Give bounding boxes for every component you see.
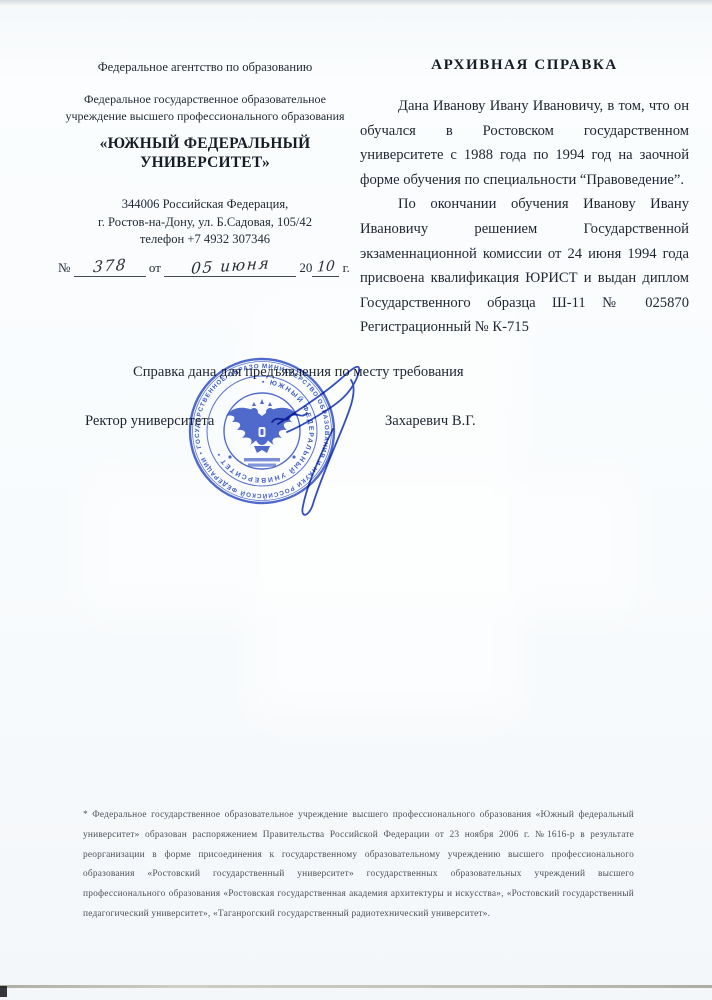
- date-handwritten-value: 05 июня: [190, 254, 270, 278]
- year-prefix: 20: [299, 260, 312, 275]
- year-suffix: г.: [343, 260, 350, 275]
- address-line-3: телефон +7 4932 307346: [52, 231, 358, 249]
- number-field: 378: [74, 258, 146, 277]
- year-field: 10: [312, 260, 339, 277]
- scanned-document-page: Федеральное агентство по образованию Фед…: [0, 0, 712, 1000]
- number-label: №: [58, 260, 70, 275]
- certificate-paragraph-2: По окончании обучения Иванову Ивану Иван…: [360, 192, 689, 340]
- certificate-title: АРХИВНАЯ СПРАВКА: [360, 57, 689, 74]
- rector-signature: [180, 348, 390, 538]
- document-number-row: № 378 от 05 июня 2010 г.: [58, 258, 368, 277]
- certificate-paragraph-1: Дана Иванову Ивану Ивановичу, в том, что…: [360, 94, 689, 192]
- signer-name: Захаревич В.Г.: [385, 413, 476, 430]
- scan-bottom-edge: [0, 985, 712, 988]
- university-name: «ЮЖНЫЙ ФЕДЕРАЛЬНЫЙ УНИВЕРСИТЕТ»: [52, 134, 358, 172]
- year-handwritten-value: 10: [316, 258, 335, 275]
- letterhead: Федеральное агентство по образованию Фед…: [52, 60, 358, 249]
- number-handwritten-value: 378: [92, 256, 127, 277]
- address-block: 344006 Российская Федерация, г. Ростов-н…: [52, 196, 358, 249]
- scan-edge-artifact: [0, 0, 712, 6]
- address-line-1: 344006 Российская Федерация,: [52, 196, 358, 214]
- scan-corner-mark: [0, 986, 7, 997]
- footnote-text: * Федеральное государственное образовате…: [83, 806, 634, 925]
- institution-name: Федеральное государственное образователь…: [52, 91, 358, 125]
- date-field: 05 июня: [164, 258, 296, 277]
- agency-name: Федеральное агентство по образованию: [52, 60, 358, 75]
- from-label: от: [149, 260, 161, 275]
- certificate-body: АРХИВНАЯ СПРАВКА Дана Иванову Ивану Иван…: [360, 57, 689, 340]
- address-line-2: г. Ростов-на-Дону, ул. Б.Садовая, 105/42: [52, 214, 358, 232]
